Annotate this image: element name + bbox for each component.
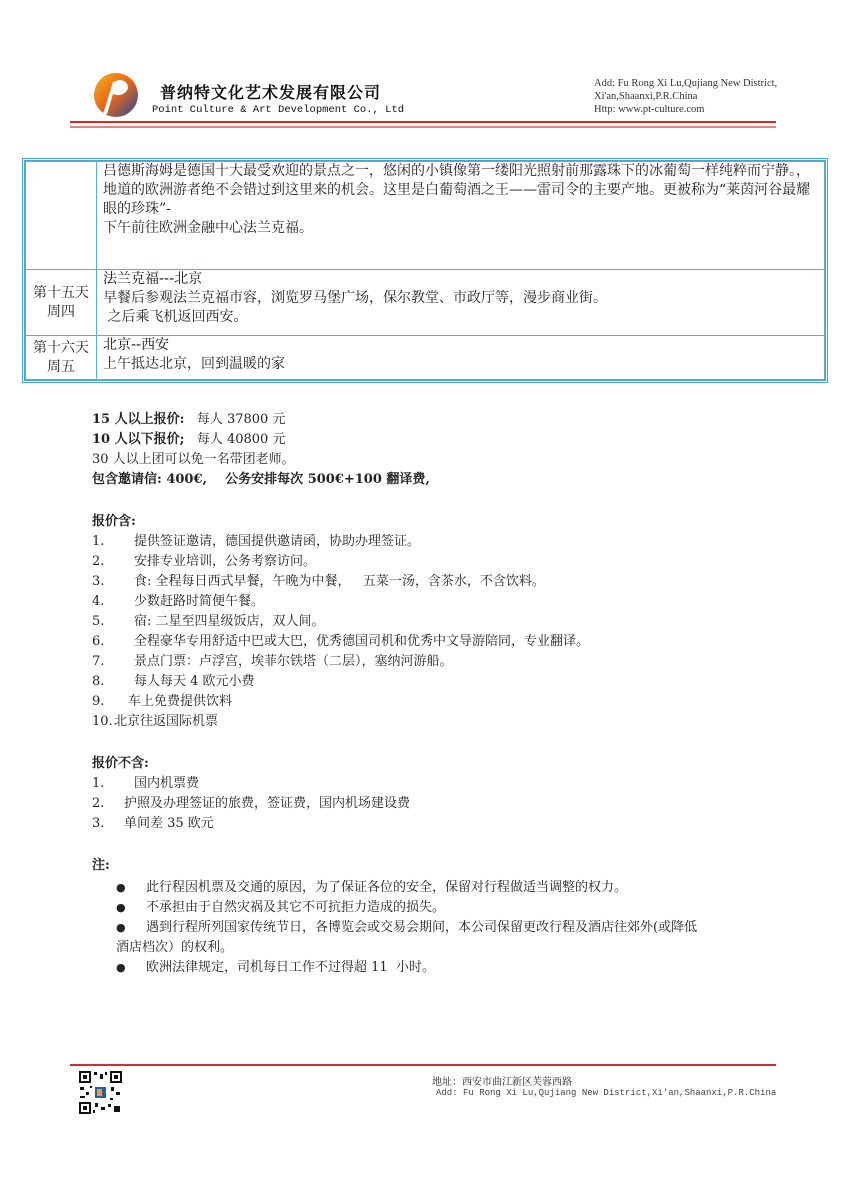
bullet-icon: ● bbox=[116, 898, 146, 918]
item-text: 不承担由于自然灾祸及其它不可抗拒力造成的损失。 bbox=[146, 898, 445, 918]
included-title: 报价含: bbox=[92, 512, 792, 532]
day-cell bbox=[26, 162, 97, 270]
website-line: Http: www.pt-culture.com bbox=[594, 103, 777, 116]
day-label: 第十五天 bbox=[26, 284, 96, 303]
list-item: 4.少数赶路时简便午餐。 bbox=[92, 592, 792, 612]
item-text: 国内机票费 bbox=[134, 774, 199, 794]
footer-address-cn: 地址：西安市曲江新区芙蓉西路 bbox=[432, 1073, 572, 1088]
weekday-label: 周四 bbox=[26, 303, 96, 322]
footer-address-en: Add: Fu Rong Xi Lu,Qujiang New District,… bbox=[436, 1088, 776, 1098]
itinerary-table: 吕德斯海姆是德国十大最受欢迎的景点之一，悠闲的小镇像第一缕阳光照射前那露珠下的冰… bbox=[22, 158, 828, 383]
fee-label: 包含邀请信: bbox=[92, 472, 166, 487]
list-item: 3.食: 全程每日西式早餐，午晚为中餐， 五菜一汤，含茶水，不含饮料。 bbox=[92, 572, 792, 592]
table-row: 第十五天 周四 法兰克福---北京 早餐后参观法兰克福市容，浏览罗马堡广场，保尔… bbox=[26, 270, 825, 336]
company-name-cn: 普纳特文化艺术发展有限公司 bbox=[160, 80, 381, 103]
description-cell: 吕德斯海姆是德国十大最受欢迎的景点之一，悠闲的小镇像第一缕阳光照射前那露珠下的冰… bbox=[97, 162, 825, 270]
fee-value: 500€+100 bbox=[308, 472, 382, 487]
item-text: 车上免费提供饮料 bbox=[128, 692, 232, 712]
list-item: 5.宿: 二星至四星级饭店，双人间。 bbox=[92, 612, 792, 632]
price-label: 10 人以下报价; bbox=[92, 432, 184, 447]
item-number: 9. bbox=[92, 692, 128, 712]
list-item: 2.护照及办理签证的旅费，签证费，国内机场建设费 bbox=[92, 794, 792, 814]
table-row: 吕德斯海姆是德国十大最受欢迎的景点之一，悠闲的小镇像第一缕阳光照射前那露珠下的冰… bbox=[26, 162, 825, 270]
item-text: 安排专业培训，公务考察访问。 bbox=[134, 552, 316, 572]
weekday-label: 周五 bbox=[26, 358, 96, 377]
price-line-15: 15 人以上报价: 每人 37800 元 bbox=[92, 410, 792, 430]
company-name-en: Point Culture & Art Development Co., Ltd bbox=[152, 104, 404, 116]
item-text: 酒店档次）的权利。 bbox=[116, 938, 233, 958]
list-item: 1.国内机票费 bbox=[92, 774, 792, 794]
item-number: 1. bbox=[92, 532, 134, 552]
description-line: 上午抵达北京，回到温暖的家 bbox=[103, 355, 818, 374]
item-text: 此行程因机票及交通的原因，为了保证各位的安全，保留对行程做适当调整的权力。 bbox=[146, 878, 627, 898]
item-text: 遇到行程所列国家传统节日，各博览会或交易会期间，本公司保留更改行程及酒店往郊外(… bbox=[146, 918, 697, 938]
day-cell: 第十五天 周四 bbox=[26, 270, 97, 336]
included-list: 1.提供签证邀请，德国提供邀请函，协助办理签证。 2.安排专业培训，公务考察访问… bbox=[92, 532, 792, 732]
excluded-list: 1.国内机票费 2.护照及办理签证的旅费，签证费，国内机场建设费 3.单间差 3… bbox=[92, 774, 792, 834]
item-number: 3. bbox=[92, 572, 134, 592]
header-rule-secondary bbox=[70, 126, 776, 128]
header-rule bbox=[70, 121, 776, 123]
description-line: 吕德斯海姆是德国十大最受欢迎的景点之一，悠闲的小镇像第一缕阳光照射前那露珠下的冰… bbox=[103, 162, 818, 219]
item-text: 北京往返国际机票 bbox=[114, 712, 218, 732]
day-label: 第十六天 bbox=[26, 339, 96, 358]
price-value: 每人 40800 元 bbox=[184, 432, 285, 447]
price-value: 每人 37800 元 bbox=[184, 412, 285, 427]
item-text: 景点门票：卢浮宫，埃菲尔铁塔（二层），塞纳河游船。 bbox=[134, 652, 453, 672]
list-item: 10.北京往返国际机票 bbox=[92, 712, 792, 732]
list-item: 1.提供签证邀请，德国提供邀请函，协助办理签证。 bbox=[92, 532, 792, 552]
bullet-icon: ● bbox=[116, 878, 146, 898]
item-number: 3. bbox=[92, 814, 124, 834]
excluded-title: 报价不含: bbox=[92, 754, 792, 774]
table-row: 第十六天 周五 北京--西安 上午抵达北京，回到温暖的家 bbox=[26, 336, 825, 380]
item-text: 食: 全程每日西式早餐，午晚为中餐， 五菜一汤，含茶水，不含饮料。 bbox=[134, 572, 545, 592]
list-item: 7.景点门票：卢浮宫，埃菲尔铁塔（二层），塞纳河游船。 bbox=[92, 652, 792, 672]
list-item: 3.单间差 35 欧元 bbox=[92, 814, 792, 834]
description-cell: 法兰克福---北京 早餐后参观法兰克福市容，浏览罗马堡广场，保尔教堂、市政厅等，… bbox=[97, 270, 825, 336]
item-text: 每人每天 4 欧元小费 bbox=[134, 672, 255, 692]
fee-value: 400€, bbox=[166, 472, 207, 487]
item-text: 护照及办理签证的旅费，签证费，国内机场建设费 bbox=[124, 794, 410, 814]
bullet-icon: ● bbox=[116, 958, 146, 978]
item-number: 1. bbox=[92, 774, 134, 794]
item-number: 5. bbox=[92, 612, 134, 632]
item-text: 欧洲法律规定，司机每日工作不过得超 11 小时。 bbox=[146, 958, 435, 978]
item-number: 4. bbox=[92, 592, 134, 612]
free-teacher-note: 30 人以上团可以免一名带团老师。 bbox=[92, 450, 792, 470]
item-number: 2. bbox=[92, 794, 124, 814]
list-item: 8.每人每天 4 欧元小费 bbox=[92, 672, 792, 692]
price-line-10: 10 人以下报价; 每人 40800 元 bbox=[92, 430, 792, 450]
item-text: 少数赶路时简便午餐。 bbox=[134, 592, 264, 612]
description-cell: 北京--西安 上午抵达北京，回到温暖的家 bbox=[97, 336, 825, 380]
header-address: Add: Fu Rong Xi Lu,Qujiang New District,… bbox=[594, 77, 777, 116]
route-title: 北京--西安 bbox=[103, 336, 818, 355]
company-logo-icon bbox=[93, 72, 139, 118]
list-item: ●不承担由于自然灾祸及其它不可抗拒力造成的损失。 bbox=[92, 898, 792, 918]
item-text: 提供签证邀请，德国提供邀请函，协助办理签证。 bbox=[134, 532, 420, 552]
fee-label: 翻译费, bbox=[382, 472, 430, 487]
fee-label: 公务安排每次 bbox=[207, 472, 308, 487]
item-number: 7. bbox=[92, 652, 134, 672]
item-text: 全程豪华专用舒适中巴或大巴，优秀德国司机和优秀中文导游陪同，专业翻译。 bbox=[134, 632, 589, 652]
invitation-fee-line: 包含邀请信: 400€, 公务安排每次 500€+100 翻译费, bbox=[92, 470, 792, 490]
list-item: 9.车上免费提供饮料 bbox=[92, 692, 792, 712]
list-item-continuation: 酒店档次）的权利。 bbox=[92, 938, 792, 958]
list-item: ●此行程因机票及交通的原因，为了保证各位的安全，保留对行程做适当调整的权力。 bbox=[92, 878, 792, 898]
list-item: 6.全程豪华专用舒适中巴或大巴，优秀德国司机和优秀中文导游陪同，专业翻译。 bbox=[92, 632, 792, 652]
price-label: 15 人以上报价: bbox=[92, 412, 184, 427]
list-item: ●遇到行程所列国家传统节日，各博览会或交易会期间，本公司保留更改行程及酒店往郊外… bbox=[92, 918, 792, 938]
list-item: ●欧洲法律规定，司机每日工作不过得超 11 小时。 bbox=[92, 958, 792, 978]
notes-title: 注: bbox=[92, 856, 792, 876]
bullet-icon: ● bbox=[116, 918, 146, 938]
item-text: 单间差 35 欧元 bbox=[124, 814, 214, 834]
address-line: Add: Fu Rong Xi Lu,Qujiang New District, bbox=[594, 77, 777, 90]
day-cell: 第十六天 周五 bbox=[26, 336, 97, 380]
qr-code-icon bbox=[78, 1070, 123, 1115]
footer-rule bbox=[70, 1064, 776, 1066]
item-number: 6. bbox=[92, 632, 134, 652]
item-number: 2. bbox=[92, 552, 134, 572]
route-title: 法兰克福---北京 bbox=[103, 270, 818, 289]
description-line: 早餐后参观法兰克福市容，浏览罗马堡广场，保尔教堂、市政厅等，漫步商业街。 bbox=[103, 289, 818, 308]
item-number: 8. bbox=[92, 672, 134, 692]
list-item: 2.安排专业培训，公务考察访问。 bbox=[92, 552, 792, 572]
address-line: Xi'an,Shaanxi,P.R.China bbox=[594, 90, 777, 103]
item-text: 宿: 二星至四星级饭店，双人间。 bbox=[134, 612, 325, 632]
description-line: 之后乘飞机返回西安。 bbox=[103, 308, 818, 327]
notes-list: ●此行程因机票及交通的原因，为了保证各位的安全，保留对行程做适当调整的权力。 ●… bbox=[92, 878, 792, 978]
document-body: 15 人以上报价: 每人 37800 元 10 人以下报价; 每人 40800 … bbox=[92, 410, 792, 978]
description-line: 下午前往欧洲金融中心法兰克福。 bbox=[103, 219, 818, 238]
pricing-section: 15 人以上报价: 每人 37800 元 10 人以下报价; 每人 40800 … bbox=[92, 410, 792, 490]
item-number: 10. bbox=[92, 712, 114, 732]
